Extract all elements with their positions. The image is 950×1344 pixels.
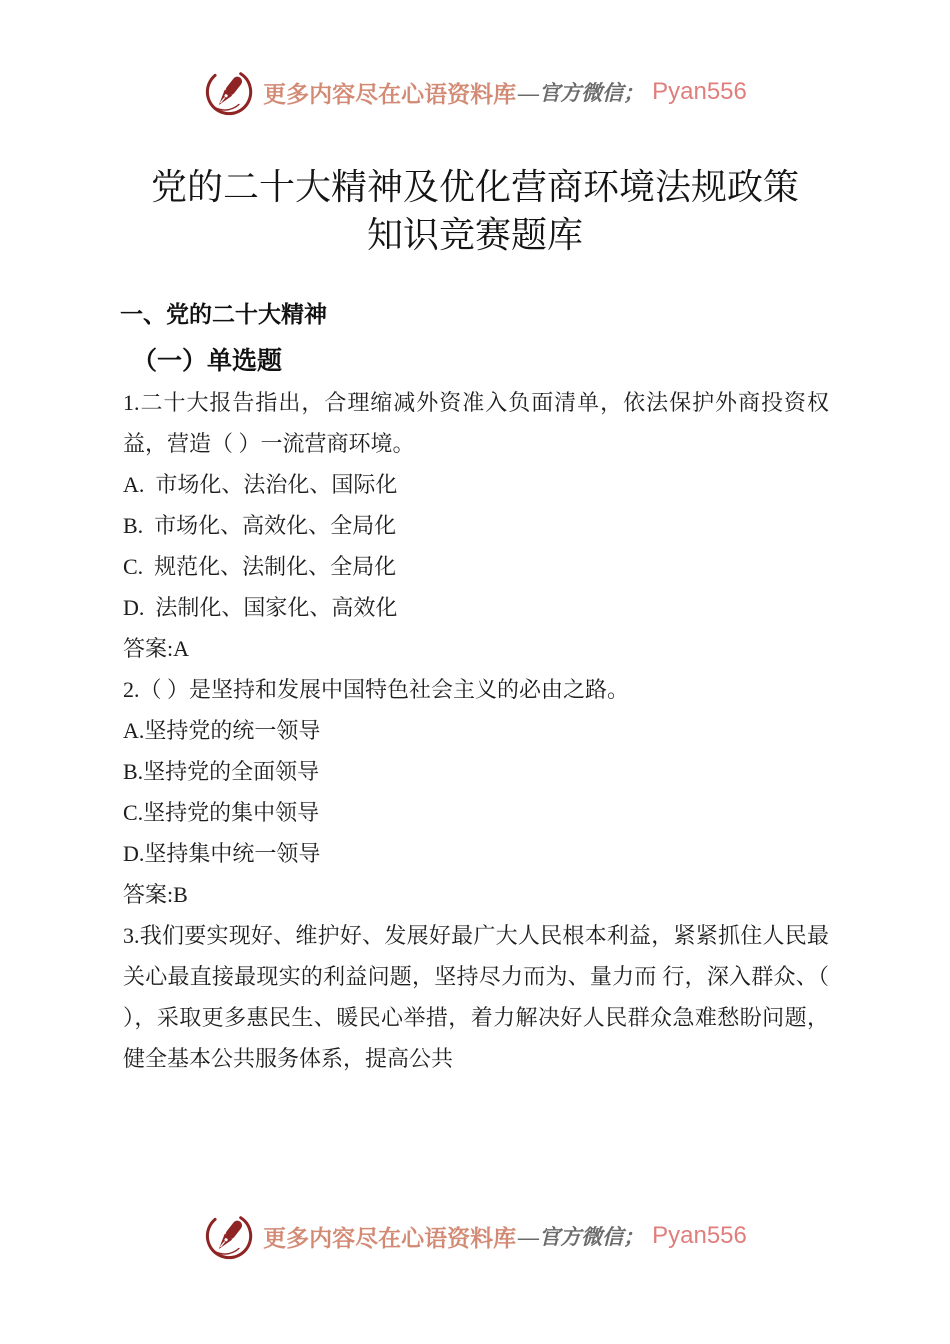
- question-1-option-c: C. 规范化、法制化、全局化: [123, 546, 829, 587]
- question-2-answer: 答案:B: [123, 874, 829, 915]
- section-heading: 一、党的二十大精神: [120, 296, 327, 329]
- question-1-option-b: B. 市场化、高效化、全局化: [123, 505, 829, 546]
- footer-watermark: 更多内容尽在心语资料库 —官方微信； Pyan556: [0, 1208, 950, 1264]
- question-1-option-a: A. 市场化、法治化、国际化: [123, 464, 829, 505]
- pen-circle-icon: [203, 1208, 255, 1264]
- watermark-brand-text: 更多内容尽在心语资料库: [263, 76, 516, 109]
- question-2-option-b: B.坚持党的全面领导: [123, 751, 829, 792]
- question-1-option-d: D. 法制化、国家化、高效化: [123, 587, 829, 628]
- watermark-wechat-label: —官方微信；: [518, 77, 644, 107]
- pen-circle-icon: [203, 64, 255, 120]
- question-2-option-a: A.坚持党的统一领导: [123, 710, 829, 751]
- question-2-option-c: C.坚持党的集中领导: [123, 792, 829, 833]
- subsection-heading: （一）单选题: [132, 341, 282, 377]
- header-watermark: 更多内容尽在心语资料库 —官方微信； Pyan556: [0, 64, 950, 120]
- question-2-stem: 2.（ ）是坚持和发展中国特色社会主义的必由之路。: [123, 669, 829, 710]
- watermark-brand-text: 更多内容尽在心语资料库: [263, 1220, 516, 1253]
- watermark-wechat-id: Pyan556: [652, 1222, 747, 1250]
- question-list: 1.二十大报告指出，合理缩减外资准入负面清单，依法保护外商投资权益，营造（ ）一…: [123, 382, 829, 1079]
- document-title-line-2: 知识竞赛题库: [0, 211, 950, 259]
- question-2-option-d: D.坚持集中统一领导: [123, 833, 829, 874]
- question-1-answer: 答案:A: [123, 628, 829, 669]
- question-1-stem: 1.二十大报告指出，合理缩减外资准入负面清单，依法保护外商投资权益，营造（ ）一…: [123, 382, 829, 464]
- question-3-stem: 3.我们要实现好、维护好、发展好最广大人民根本利益，紧紧抓住人民最关心最直接最现…: [123, 915, 829, 1079]
- document-title: 党的二十大精神及优化营商环境法规政策 知识竞赛题库: [0, 163, 950, 259]
- document-title-line-1: 党的二十大精神及优化营商环境法规政策: [0, 163, 950, 211]
- watermark-wechat-label: —官方微信；: [518, 1221, 644, 1251]
- watermark-wechat-id: Pyan556: [652, 78, 747, 106]
- document-page: 更多内容尽在心语资料库 —官方微信； Pyan556 党的二十大精神及优化营商环…: [0, 0, 950, 1344]
